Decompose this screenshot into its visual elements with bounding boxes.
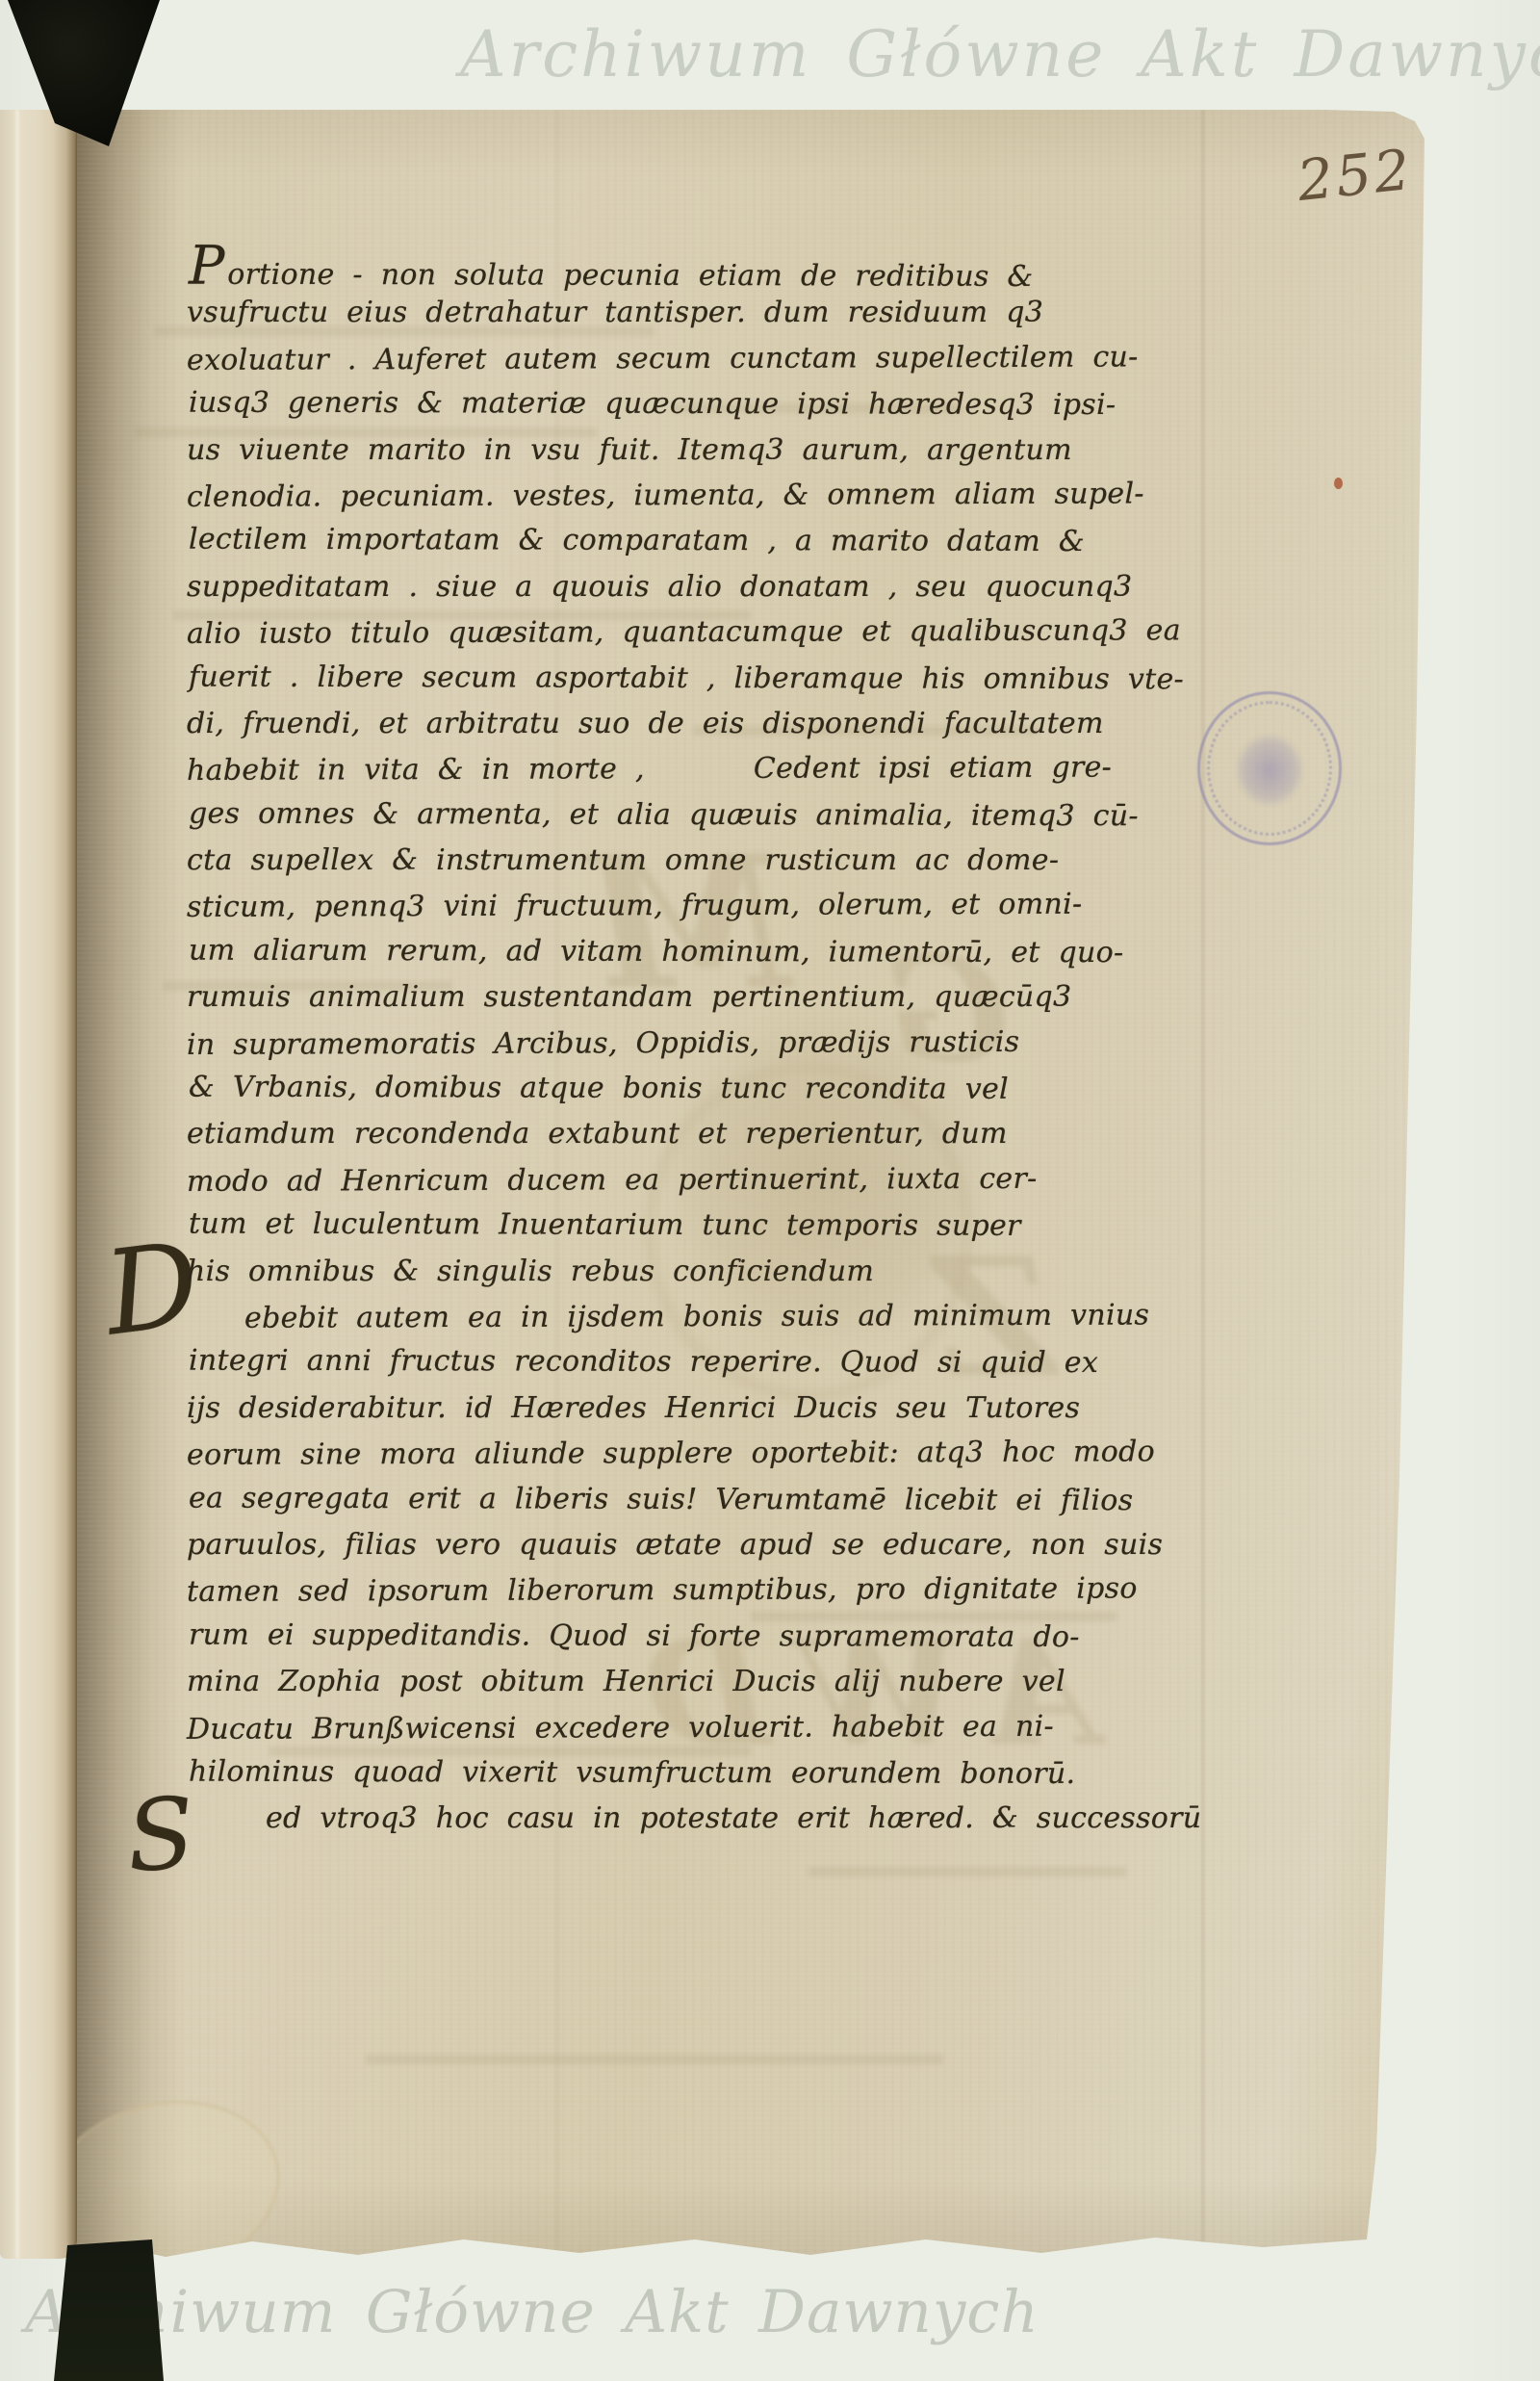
manuscript-line: tamen sed ipsorum liberorum sumptibus, p… bbox=[187, 1566, 1226, 1615]
manuscript-line: iusq3 generis & materiæ quæcunque ipsi h… bbox=[189, 380, 1228, 428]
manuscript-line: suppeditatam . siue a quouis alio donata… bbox=[187, 564, 1226, 609]
manuscript-line: sticum, pennq3 vini fructuum, frugum, ol… bbox=[187, 882, 1226, 931]
manuscript-line: alio iusto titulo quæsitam, quantacumque… bbox=[187, 608, 1226, 657]
manuscript-line: & Vrbanis, domibus atque bonis tunc reco… bbox=[189, 1065, 1228, 1113]
manuscript-line: clenodia. pecuniam. vestes, iumenta, & o… bbox=[187, 471, 1226, 520]
manuscript-text-block: Portione - non soluta pecunia etiam de r… bbox=[187, 245, 1226, 1842]
manuscript-line: in supramemoratis Arcibus, Oppidis, præd… bbox=[187, 1019, 1226, 1068]
manuscript-page: M G Z AWD 252 D S Portione - non soluta … bbox=[77, 110, 1426, 2266]
manuscript-line: ed vtroq3 hoc casu in potestate erit hær… bbox=[266, 1796, 1226, 1841]
manuscript-line: tum et luculentum Inuentarium tunc tempo… bbox=[189, 1202, 1228, 1250]
manuscript-line: ijs desiderabitur. id Hæredes Henrici Du… bbox=[187, 1385, 1226, 1431]
manuscript-line: lectilem importatam & comparatam , a mar… bbox=[189, 517, 1228, 565]
archive-watermark-top: Archiwum Główne Akt Dawnych bbox=[460, 17, 1540, 91]
manuscript-line: hilominus quoad vixerit vsumfructum eoru… bbox=[189, 1748, 1228, 1797]
manuscript-line: fuerit . libere secum asportabit , liber… bbox=[189, 654, 1228, 702]
manuscript-line: habebit in vita & in morte , Cedent ipsi… bbox=[187, 744, 1226, 793]
manuscript-line: ebebit autem ea in ijsdem bonis suis ad … bbox=[244, 1292, 1226, 1341]
manuscript-line: ges omnes & armenta, et alia quæuis anim… bbox=[189, 790, 1228, 839]
archive-watermark-bottom: Archiwum Główne Akt Dawnych bbox=[25, 2278, 1039, 2346]
manuscript-line: cta supellex & instrumentum omne rusticu… bbox=[187, 838, 1226, 883]
manuscript-line: his omnibus & singulis rebus conficiendu… bbox=[187, 1249, 1226, 1294]
manuscript-line: exoluatur . Auferet autem secum cunctam … bbox=[187, 334, 1226, 383]
manuscript-line: mina Zophia post obitum Henrici Ducis al… bbox=[187, 1659, 1226, 1704]
folio-number: 252 bbox=[1295, 137, 1416, 214]
manuscript-line: rumuis animalium sustentandam pertinenti… bbox=[187, 974, 1226, 1020]
scanned-manuscript-view: Archiwum Główne Akt Dawnych Archiwum Głó… bbox=[0, 0, 1540, 2381]
manuscript-line: Portione - non soluta pecunia etiam de r… bbox=[189, 244, 1228, 292]
bleedthrough-text-line bbox=[808, 1867, 1126, 1876]
manuscript-line: um aliarum rerum, ad vitam hominum, iume… bbox=[189, 927, 1228, 975]
facing-page-edge bbox=[0, 110, 77, 2259]
manuscript-line: modo ad Henricum ducem ea pertinuerint, … bbox=[187, 1155, 1226, 1204]
binding-strap-bottom bbox=[48, 2239, 168, 2381]
manuscript-line: us viuente marito in vsu fuit. Itemq3 au… bbox=[187, 427, 1226, 473]
page-fold-highlight bbox=[15, 110, 19, 2259]
manuscript-line: Ducatu Brunßwicensi excedere voluerit. h… bbox=[187, 1703, 1226, 1752]
manuscript-line: eorum sine mora aliunde supplere oporteb… bbox=[187, 1429, 1226, 1478]
manuscript-line: paruulos, filias vero quauis ætate apud … bbox=[187, 1522, 1226, 1567]
manuscript-line: ea segregata erit a liberis suis! Verumt… bbox=[189, 1475, 1228, 1523]
manuscript-line: rum ei suppeditandis. Quod si forte supr… bbox=[189, 1612, 1228, 1660]
manuscript-line: etiamdum recondenda extabunt et reperien… bbox=[187, 1111, 1226, 1156]
manuscript-line: di, fruendi, et arbitratu suo de eis dis… bbox=[187, 701, 1226, 746]
bleedthrough-text-line bbox=[366, 2055, 943, 2064]
red-ink-stain bbox=[1334, 478, 1343, 489]
stamp-center-emblem bbox=[1226, 724, 1313, 816]
manuscript-line: integri anni fructus reconditos reperire… bbox=[189, 1338, 1228, 1386]
manuscript-line: vsufructu eius detrahatur tantisper. dum… bbox=[187, 290, 1226, 335]
gutter-shadow bbox=[77, 110, 183, 2266]
